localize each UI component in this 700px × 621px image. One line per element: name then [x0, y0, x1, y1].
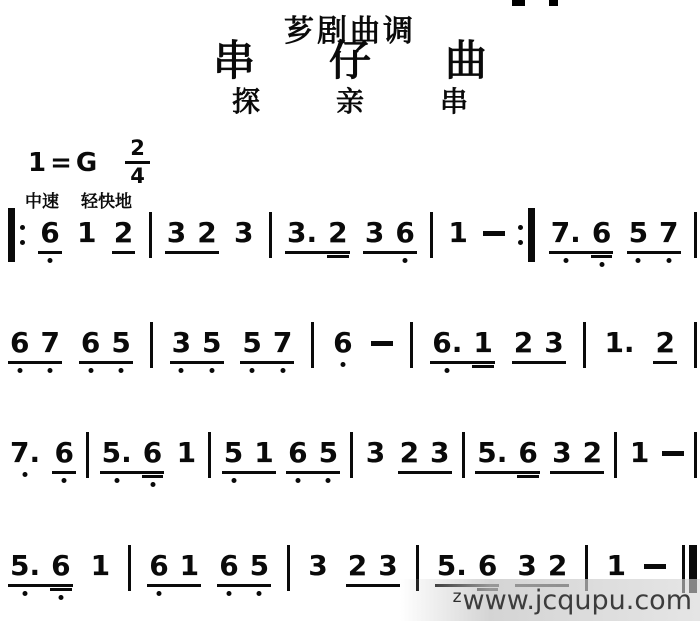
note: 5: [242, 329, 261, 357]
note: 3: [308, 552, 327, 580]
note-group: 5.6: [475, 439, 540, 474]
note: 6: [333, 329, 352, 357]
barline: [350, 432, 353, 478]
barline: [287, 545, 290, 591]
barline: [311, 322, 314, 368]
note-group-notes: 23: [346, 552, 400, 587]
subtitle-char: 探: [232, 88, 260, 116]
note: 1: [606, 552, 625, 580]
dash-note: [662, 451, 684, 456]
barline: [150, 322, 153, 368]
dash-note: [371, 341, 393, 346]
note-group: 3: [364, 439, 387, 471]
note-group: 1.: [602, 329, 636, 361]
note-group: 6.1: [430, 329, 495, 364]
note: 3: [544, 329, 563, 357]
note: 2: [197, 219, 216, 247]
note-group: 3: [232, 219, 255, 251]
main-title-char: 串: [213, 40, 255, 82]
note: 1: [630, 439, 649, 467]
barline: [410, 322, 413, 368]
note: 3: [378, 552, 397, 580]
key-signature: 1=G 2 4: [28, 138, 150, 187]
note: 6: [51, 552, 70, 580]
note-group: 6: [38, 219, 61, 254]
note: 2: [348, 552, 367, 580]
note: 5.: [102, 439, 132, 467]
note-group-notes: 6.1: [430, 329, 495, 364]
note: 2: [328, 219, 347, 247]
note: 1: [448, 219, 467, 247]
note: 5.: [437, 552, 467, 580]
repeat-thick-bar: [8, 208, 15, 262]
note-group: 61: [147, 552, 201, 587]
note-group-notes: 65: [286, 439, 340, 474]
note-group-notes: 3: [364, 439, 387, 471]
note-group: 3: [306, 552, 329, 584]
note-group-notes: 1: [75, 219, 98, 251]
note-group: 6: [52, 439, 75, 474]
score-line-3: 7.65.6151653235.6321: [8, 439, 697, 478]
note: 6: [149, 552, 168, 580]
note-group: 23: [512, 329, 566, 364]
note-group: 35: [170, 329, 224, 364]
note-group: 65: [79, 329, 133, 364]
note-group-notes: 61: [147, 552, 201, 587]
tempo-marking: 中速 轻快地: [25, 187, 132, 212]
note: 3: [517, 552, 536, 580]
note-group-notes: 57: [240, 329, 294, 364]
score-line-2: 6765355766.1231.2: [8, 329, 697, 368]
tempo-text: 中速: [25, 187, 59, 212]
note: 5: [224, 439, 243, 467]
note-group: 7.: [8, 439, 42, 471]
note: 5: [202, 329, 221, 357]
repeat-dot: [518, 240, 523, 245]
note-group: 51: [222, 439, 276, 474]
barline: [694, 322, 697, 368]
note-group-notes: 32: [550, 439, 604, 474]
note-group: 23: [346, 552, 400, 587]
repeat-end-sign: [518, 208, 535, 262]
note: 2: [400, 439, 419, 467]
time-signature-denominator: 4: [130, 164, 145, 187]
barline: [269, 212, 272, 258]
note: 2: [514, 329, 533, 357]
note-group: 1: [446, 219, 469, 251]
note: 3: [167, 219, 186, 247]
note: 5.: [10, 552, 40, 580]
barline: [149, 212, 152, 258]
note-group-notes: 2: [653, 329, 676, 364]
note-group-notes: 65: [79, 329, 133, 364]
note: 3: [552, 439, 571, 467]
barline: [694, 432, 697, 478]
repeat-dot: [518, 225, 523, 230]
note-group: 3.2: [285, 219, 350, 254]
note: 5.: [477, 439, 507, 467]
dash-note: [644, 564, 666, 569]
note: 1.: [604, 329, 634, 357]
note: 6: [518, 439, 537, 467]
note-group-notes: 7.6: [549, 219, 614, 254]
barline: [128, 545, 131, 591]
note: 6: [219, 552, 238, 580]
note: 5: [319, 439, 338, 467]
note-group: 7.6: [549, 219, 614, 254]
note-group: 65: [286, 439, 340, 474]
sheet-music-page: 芗剧曲调 串 仔 曲 探 亲 串 1=G 2 4 中速 轻快地 6123233.…: [0, 0, 700, 621]
note-group: 57: [627, 219, 681, 254]
note-group-notes: 3: [232, 219, 255, 251]
note-group-notes: 1: [175, 439, 198, 471]
note: 1: [77, 219, 96, 247]
note-group-notes: 1: [89, 552, 112, 584]
note-group-notes: 5.6: [8, 552, 73, 587]
note-group: 2: [653, 329, 676, 364]
note: 1: [473, 329, 492, 357]
note-group: 1: [175, 439, 198, 471]
note: 1: [177, 439, 196, 467]
dash-note: [483, 231, 505, 236]
note: 6: [592, 219, 611, 247]
note: 2: [114, 219, 133, 247]
key-text: 1=G: [28, 148, 101, 178]
barline: [86, 432, 89, 478]
watermark-url-text: www.jcqupu.com: [463, 585, 692, 616]
barline: [614, 432, 617, 478]
note-group: 65: [217, 552, 271, 587]
note: 6.: [432, 329, 462, 357]
note-group-notes: 57: [627, 219, 681, 254]
note: 2: [548, 552, 567, 580]
note: 6: [395, 219, 414, 247]
note: 6: [81, 329, 100, 357]
note: 5: [250, 552, 269, 580]
note-group-notes: 35: [170, 329, 224, 364]
note: 6: [10, 329, 29, 357]
note-group: 6: [331, 329, 354, 361]
note: 6: [40, 219, 59, 247]
note-group-notes: 67: [8, 329, 62, 364]
note-group-notes: 1.: [602, 329, 636, 361]
note: 2: [583, 439, 602, 467]
main-title: 串 仔 曲: [0, 40, 700, 82]
note: 7.: [10, 439, 40, 467]
note: 7: [659, 219, 678, 247]
note: 7: [40, 329, 59, 357]
note-group-notes: 65: [217, 552, 271, 587]
note: 5: [111, 329, 130, 357]
note-group-notes: 5.6: [475, 439, 540, 474]
note-group-notes: 3.2: [285, 219, 350, 254]
repeat-dot: [20, 240, 25, 245]
note: 6: [478, 552, 497, 580]
note: 1: [91, 552, 110, 580]
note-group-notes: 5.6: [100, 439, 165, 474]
main-title-char: 仔: [329, 40, 371, 82]
note-group-notes: 7.: [8, 439, 42, 471]
time-signature: 2 4: [125, 138, 150, 187]
note: 3: [430, 439, 449, 467]
note-group-notes: 23: [512, 329, 566, 364]
subtitle-char: 亲: [336, 88, 364, 116]
note-group-notes: 1: [446, 219, 469, 251]
note: 6: [54, 439, 73, 467]
barline: [208, 432, 211, 478]
note: 1: [254, 439, 273, 467]
note: 3: [172, 329, 191, 357]
repeat-start-sign: [8, 208, 25, 262]
barline: [583, 322, 586, 368]
note-group: 32: [165, 219, 219, 254]
subtitle: 探 亲 串: [0, 88, 700, 116]
note: 1: [180, 552, 199, 580]
watermark-logo-glyph: z: [453, 587, 462, 607]
note: 3: [234, 219, 253, 247]
note-group: 67: [8, 329, 62, 364]
note-group: 5.6: [8, 552, 73, 587]
repeat-dots: [518, 225, 523, 245]
note-group-notes: 36: [363, 219, 417, 254]
note: 6: [143, 439, 162, 467]
main-title-char: 曲: [445, 40, 487, 82]
note-group: 1: [75, 219, 98, 251]
note: 7: [273, 329, 292, 357]
note-group: 1: [628, 439, 651, 471]
note-group: 57: [240, 329, 294, 364]
score-line-1: 6123233.23617.657: [8, 219, 697, 262]
note-group-notes: 2: [112, 219, 135, 254]
note-group-notes: 6: [331, 329, 354, 361]
repeat-thick-bar: [528, 208, 535, 262]
repeat-dot: [20, 225, 25, 230]
note: 7.: [551, 219, 581, 247]
note-group: 23: [398, 439, 452, 474]
note-group-notes: 23: [398, 439, 452, 474]
time-signature-numerator: 2: [125, 138, 150, 164]
note-group: 5.6: [100, 439, 165, 474]
note-group-notes: 32: [165, 219, 219, 254]
note: 2: [655, 329, 674, 357]
barline: [462, 432, 465, 478]
note: 6: [288, 439, 307, 467]
note-group: 2: [112, 219, 135, 254]
note: 3: [365, 219, 384, 247]
note: 3: [366, 439, 385, 467]
note-group-notes: 1: [628, 439, 651, 471]
repeat-dots: [20, 225, 25, 245]
note: 5: [629, 219, 648, 247]
expression-text: 轻快地: [81, 187, 132, 212]
note-group-notes: 51: [222, 439, 276, 474]
note: 3.: [287, 219, 317, 247]
note-group: 32: [550, 439, 604, 474]
watermark-band: z www.jcqupu.com: [400, 579, 700, 621]
barline: [694, 212, 697, 258]
subtitle-char: 串: [440, 88, 468, 116]
note-group-notes: 6: [52, 439, 75, 474]
note-group-notes: 3: [306, 552, 329, 584]
note-group-notes: 6: [38, 219, 61, 254]
note-group: 1: [89, 552, 112, 584]
note-group: 36: [363, 219, 417, 254]
barline: [430, 212, 433, 258]
